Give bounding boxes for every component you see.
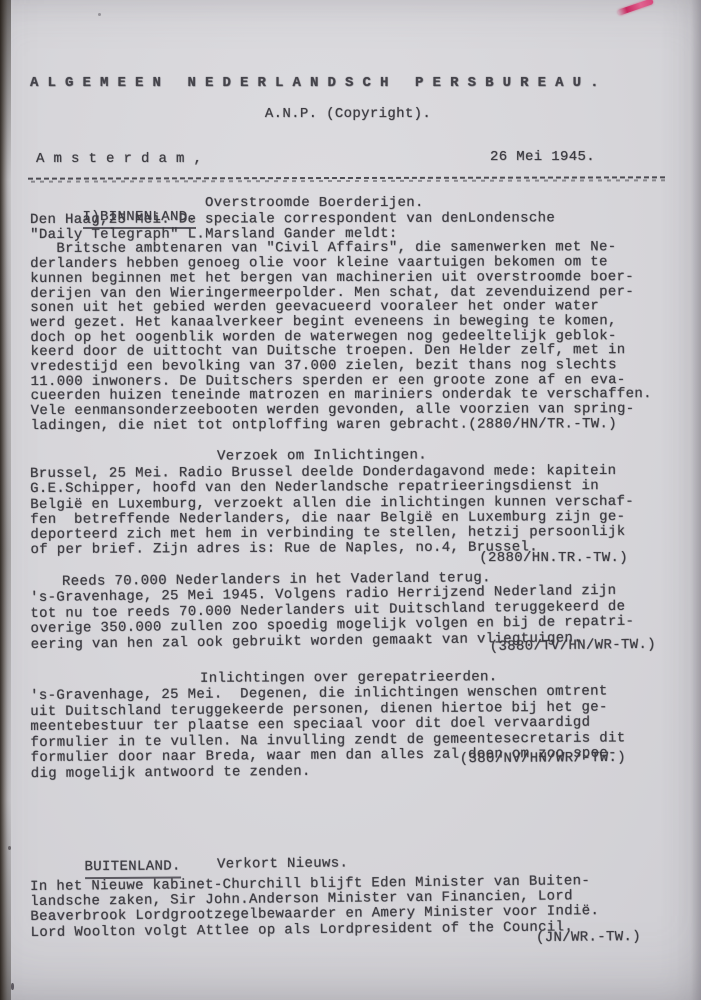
article-body: Brussel, 25 Mei. Radio Brussel deelde Do… [30,464,634,559]
document-content: A L G E M E E N N E D E R L A N D S C H … [30,0,666,1000]
ink-speck [11,983,14,990]
scan-right-edge [691,0,701,1000]
typed-divider [28,176,666,183]
scanned-document-page: A L G E M E E N N E D E R L A N D S C H … [0,0,701,1000]
city-dateline: A m s t e r d a m , [36,152,202,167]
issue-date: 26 Mei 1945. [490,150,595,165]
article-body: Den Haag,25 Mei. De speciale corresponde… [30,211,652,433]
article-title-overstroomde-boerderijen: Overstroomde Boerderijen. [205,196,424,211]
copyright-line: A.N.P. (Copyright). [30,107,666,122]
article-title-verzoek-om-inlichtingen: Verzoek om Inlichtingen. [217,448,427,465]
masthead-title: A L G E M E E N N E D E R L A N D S C H … [30,76,599,91]
press-credit: (2880/HN.TR.-TW.) [30,551,666,566]
scan-left-edge [0,0,11,1000]
section-heading-label: BUITENLAND. [84,860,180,879]
typed-line: ladingen, die niet tot ontploffing waren… [31,417,652,434]
article-title-verkort-nieuws: Verkort Nieuws. [217,856,348,873]
